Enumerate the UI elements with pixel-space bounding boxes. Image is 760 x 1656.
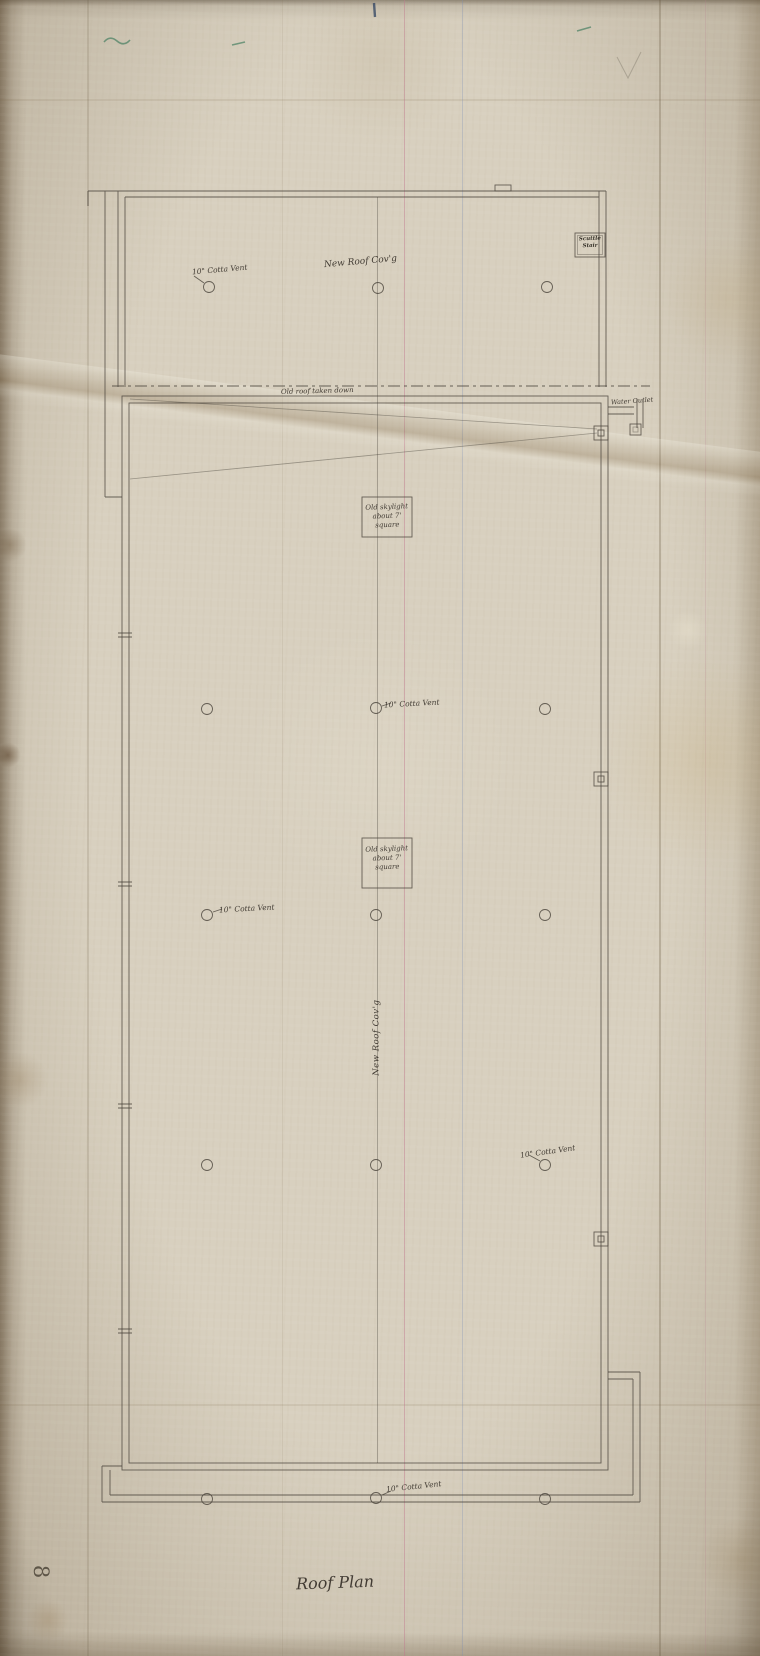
left-wall-breaks	[118, 633, 132, 1333]
roof-slope-lines	[130, 399, 597, 479]
main-roof-block	[102, 396, 640, 1502]
skylight-2-line2: about 7' square	[360, 853, 415, 873]
roof-notch	[495, 185, 511, 191]
scuttle-stamp-line2: Stair	[576, 243, 604, 251]
roof-plan-linework	[0, 0, 760, 1656]
drawing-sheet: 10" Cotta Vent New Roof Cov'g Scuttle St…	[0, 0, 760, 1656]
skylight-squares	[362, 497, 412, 888]
skylight-1-line2: about 7' square	[360, 511, 415, 531]
skylight-1-label: Old skylight about 7' square	[360, 502, 415, 531]
vent-leader-lines	[194, 276, 540, 1495]
bottom-parapet	[102, 1372, 640, 1502]
scuttle-stamp-text: Scuttle Stair	[576, 236, 604, 251]
upper-roof-block	[88, 185, 606, 497]
new-roof-covering-label-vertical: New Roof Cov'g	[372, 988, 381, 1088]
vent-circles	[194, 276, 553, 1505]
sheet-title: Roof Plan	[296, 1573, 375, 1593]
green-check-marks	[104, 3, 591, 45]
top-edge-mark	[374, 3, 375, 17]
page-number: 8	[29, 1565, 52, 1578]
skylight-2-label: Old skylight about 7' square	[360, 844, 415, 873]
pencil-check-mark	[617, 52, 641, 78]
